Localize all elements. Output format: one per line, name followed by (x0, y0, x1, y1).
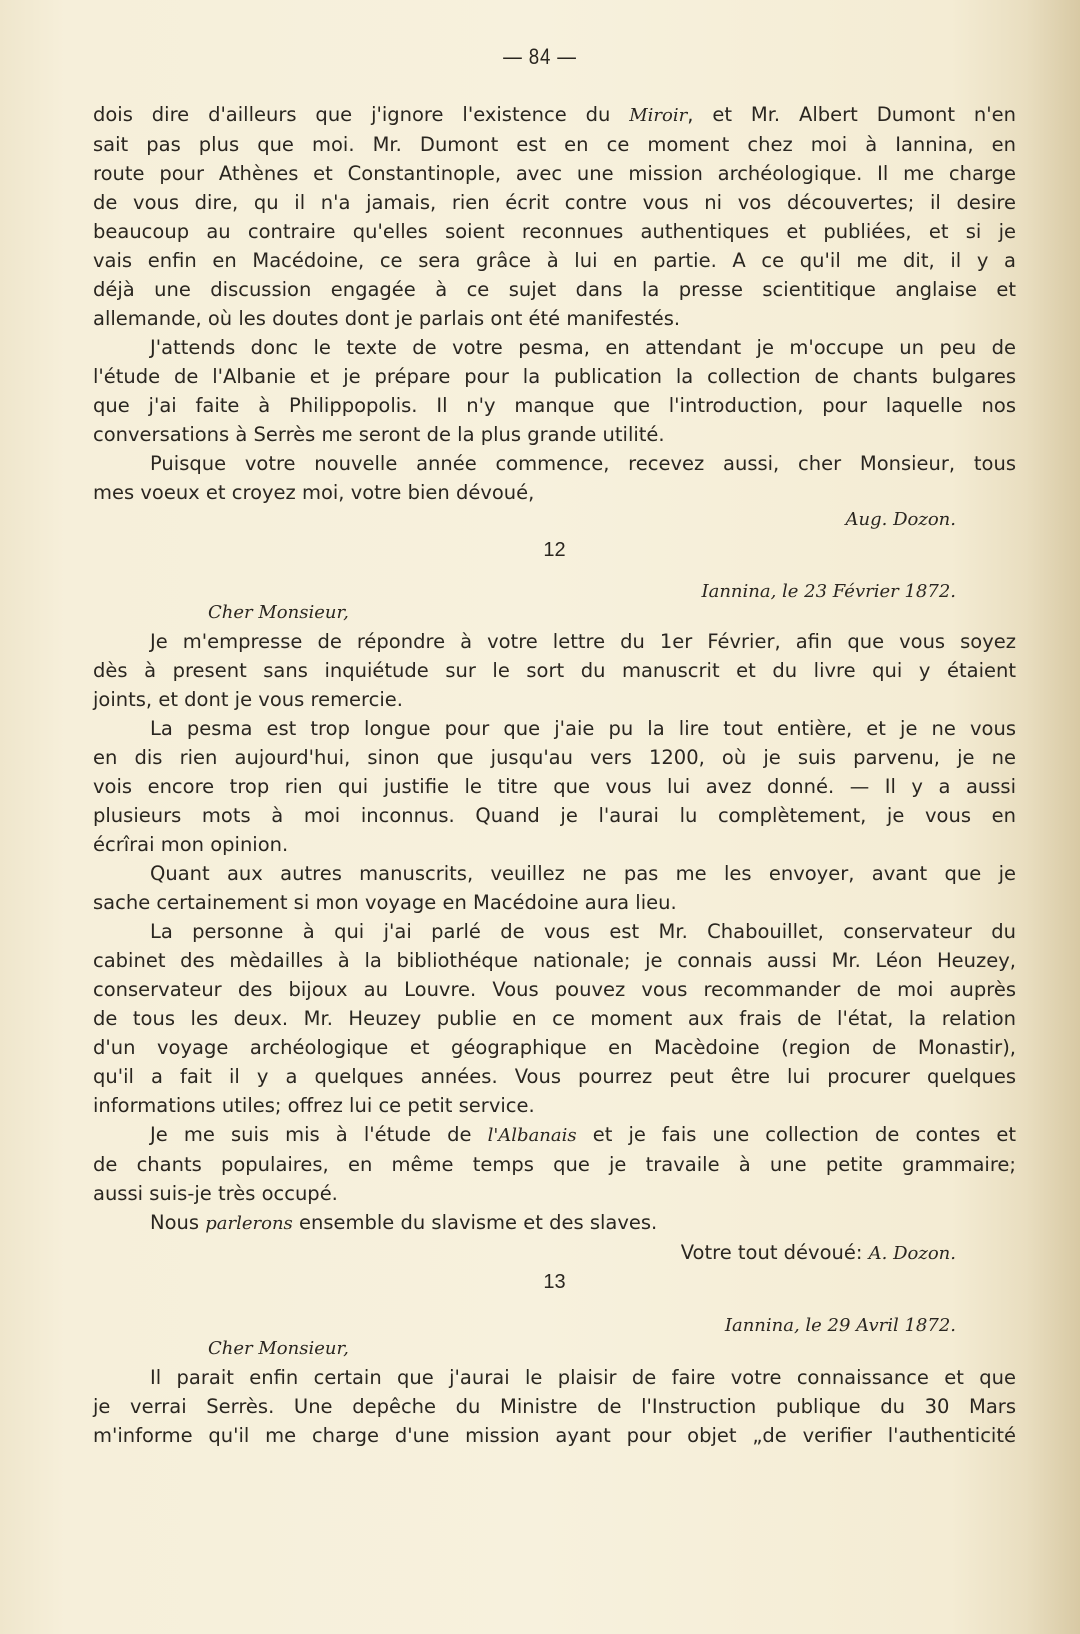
paragraph: J'attends donc le texte de votre pesma, … (93, 333, 1016, 449)
paragraph: Quant aux autres manuscrits, veuillez ne… (93, 859, 1016, 917)
paragraph: La pesma est trop longue pour que j'aie … (93, 714, 1016, 859)
scanned-page: — 84 — dois dire d'ailleurs que j'ignore… (0, 0, 1080, 1634)
letter-11-continuation: dois dire d'ailleurs que j'ignore l'exis… (93, 100, 1016, 534)
paragraph: Nous parlerons ensemble du slavisme et d… (93, 1208, 1016, 1238)
paragraph: Il parait enfin certain que j'aurai le p… (93, 1363, 1016, 1450)
signature: A. Dozon. (869, 1243, 956, 1264)
title-miroir: Miroir (629, 105, 687, 126)
paragraph: Je m'empresse de répondre à votre lettre… (93, 627, 1016, 714)
closing-signature: Votre tout dévoué: A. Dozon. (93, 1238, 1016, 1268)
letter-number: 12 (93, 536, 1016, 565)
title-albanais: l'Albanais (488, 1125, 577, 1146)
paragraph: dois dire d'ailleurs que j'ignore l'exis… (93, 100, 1016, 333)
letter-12: 12 Iannina, le 23 Février 1872. Cher Mon… (93, 536, 1016, 1268)
letter-13: 13 Iannina, le 29 Avril 1872. Cher Monsi… (93, 1268, 1016, 1450)
paragraph: Puisque votre nouvelle année commence, r… (93, 449, 1016, 507)
paragraph: La personne à qui j'ai parlé de vous est… (93, 917, 1016, 1120)
letter-number: 13 (93, 1268, 1016, 1297)
signature: Aug. Dozon. (93, 505, 1016, 534)
page-number: — 84 — (81, 44, 999, 70)
paragraph: Je me suis mis à l'étude de l'Albanais e… (93, 1120, 1016, 1208)
